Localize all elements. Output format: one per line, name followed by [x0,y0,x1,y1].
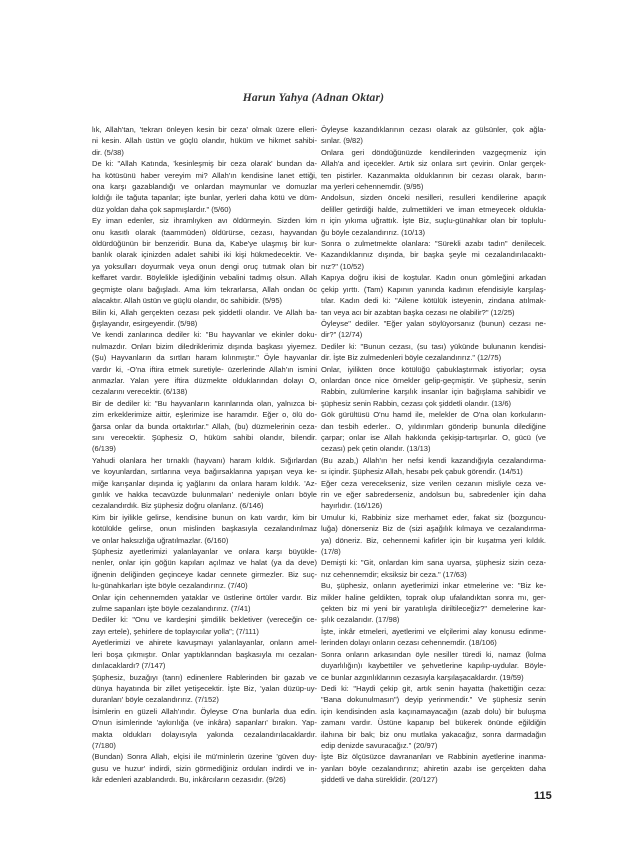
text-line: tılar. Kadın dedi ki: "Ailene kötülük is… [321,295,546,306]
text-line: ilahına bir bak; biz onu mutlaka yakacağ… [321,729,546,740]
text-line: Şüphesiz, buzağıyı (tanrı) edinenlere Ra… [92,672,317,683]
text-line: Onlar, iyilikten önce kötülüğü çabuklaşt… [321,364,546,375]
text-line: anmazlar. Yalan yere iftira düzmekte old… [92,375,317,386]
text-line: Demişti ki: "Git, onlardan kim sana uyar… [321,557,546,568]
text-line: ğışlayandır, esirgeyendir. (5/98) [92,318,317,329]
text-line: banlık olarak içinizden adalet sahibi ik… [92,249,317,260]
text-line: Andolsun, sizden önceki nesilleri, resul… [321,192,546,203]
text-line: onlardan önce nice örnekler gelip-geçmiş… [321,375,546,386]
text-line: Kazandıklarınız dışında, bir başka şeyle… [321,249,546,260]
text-line: şiddetli ve daha süreklidir. (20/127) [321,774,546,785]
text-line: cezası) pek çetin olandır. (13/13) [321,443,546,454]
text-line: ona karşı gazablandığı ve onlardan maymu… [92,181,317,192]
left-column: lık, Allah'tan, 'tekrarı önleyen kesin b… [92,124,317,786]
text-line: Öyleyse kazandıklarının cezası olarak az… [321,124,546,135]
text-line: mikler haline geldikten, toprak olup ufa… [321,592,546,603]
text-line: ğarsa onlar da bunda ortaktırlar." Allah… [92,421,317,432]
text-line: çekip yırttı. (Tam) Kapının yanında kadı… [321,284,546,295]
text-line: İsimlerin en güzeli Allah'ındır. Öyleyse… [92,706,317,717]
text-line: keffaret vardır. Böylelikle işlediğinin … [92,272,317,283]
text-line: cezalarını verecektir. (6/138) [92,386,317,397]
text-line: hayırlıdır. (16/126) [321,500,546,511]
text-line: dırılacaklardı? (7/147) [92,660,317,671]
text-line: çarpar; onlar ise Allah hakkında çekişip… [321,432,546,443]
text-line: zim erkeklerimize aittir, eşlerimize ise… [92,409,317,420]
text-line: dir. İşte Biz zulmedenleri böyle cezalan… [321,352,546,363]
text-line: düz yoldan daha çok sapmışlardır." (5/60… [92,204,317,215]
text-line: Bilin ki, Allah gerçekten cezası pek şid… [92,307,317,318]
text-line: leri boşa çıkmıştır. Onlar yaptıklarında… [92,649,317,660]
text-line: sı içindir. Şüphesiz Allah, hesabı pek ç… [321,466,546,477]
text-line: ğu böyle cezalandırırız. (10/13) [321,227,546,238]
text-line: "Bana dokunulmasın") deyip yerinmendir."… [321,694,546,705]
text-line: (Bu azab,) Allah'ın her nefsi kendi kaza… [321,455,546,466]
text-line: Ve kendi zanlarınca dediler ki: "Bu hayv… [92,329,317,340]
text-line: zamanı vardır. Üstüne kapanıp bel bükere… [321,717,546,728]
text-line: (17/8) [321,546,546,557]
text-line: Eğer ceza verecekseniz, size verilen cez… [321,478,546,489]
text-line: gınlık ve hakka tecavüzde bulunmaları' n… [92,489,317,500]
text-line: için kendisinden asla kaçınamayacağın (a… [321,706,546,717]
text-line: Dediler ki: "Onu ve kardeşini şimdilik b… [92,614,317,625]
text-line: zulme sapanları işte böyle cezalandırırı… [92,603,317,614]
text-line: (7/180) [92,740,317,751]
text-line: dan tesbih ederler.. O, yıldırımları gön… [321,421,546,432]
text-line: nız?" (10/52) [321,261,546,272]
text-line: sınlar. (9/82) [321,135,546,146]
text-line: çekten biz mi yeni bir yaratılışla diril… [321,603,546,614]
text-line: lık, Allah'tan, 'tekrarı önleyen kesin b… [92,124,317,135]
text-line: İşte, inkâr etmeleri, ayetlerimi ve elçi… [321,626,546,637]
text-line: ha kötüsünü haber vereyim mi? Allah'ın k… [92,170,317,181]
text-line: Şüphesiz ayetlerimizi yalanlayanlar ve o… [92,546,317,557]
text-line: Sonra onların arkasından öyle nesiller t… [321,649,546,660]
text-line: Onlar için cehennemden yataklar ve üstle… [92,592,317,603]
text-line: edip denizde savuracağız." (20/97) [321,740,546,751]
text-line: ce bunlar azgınlıklarının cezasıyla karş… [321,672,546,683]
text-line: Dedi ki: "Haydi çekip git, artık senin h… [321,683,546,694]
text-line: ya) döneriz. Biz, cehennemi kafirler içi… [321,535,546,546]
text-line: dir?" (12/74) [321,329,546,340]
text-line: Kapıya doğru ikisi de koştular. Kadın on… [321,272,546,283]
text-line: duranları' böyle cezalandırırız. (7/152) [92,694,317,705]
text-line: O'nun isimlerinde 'aykırılığa (ve inkâra… [92,717,317,728]
text-line: De ki: "Allah Katında, 'kesinleşmiş bir … [92,158,317,169]
running-header: Harun Yahya (Adnan Oktar) [0,92,627,104]
text-line: geçmişte olanı bağışladı. Ama kim tekrar… [92,284,317,295]
text-line: nulmazdır. Onları bizim diledriklerimiz … [92,341,317,352]
text-line: şüphesiz senin Rabbin, cezası çok şiddet… [321,398,546,409]
text-line: Onlara geri döndüğünüzde kendilerinden v… [321,147,546,158]
text-line: tan veya acı bir azabtan başka cezası ne… [321,307,546,318]
text-line: ma yerleri cehennemdir. (9/95) [321,181,546,192]
text-line: rin ve eğer sabrederseniz, andolsun bu, … [321,489,546,500]
text-line: Ey iman edenler, siz ihramlıyken avı öld… [92,215,317,226]
text-line: vardır ki, -O'na iftira etmek suretiyle-… [92,364,317,375]
text-line: rı için yıkıma uğrattık. İşte Biz, suçlu… [321,215,546,226]
text-line: Ayetlerimizi ve ahirete kavuşmayı yalanl… [92,637,317,648]
text-line: öldürdüğünün bir benzeridir. Buna da, Ka… [92,238,317,249]
text-line: şılık cezalarıdır. (17/98) [321,614,546,625]
text-line: Bir de dediler ki: "Bu hayvanların karın… [92,398,317,409]
text-line: makta oldukları dolayısıyla yakında ceza… [92,729,317,740]
text-line: kötülükle gelirse, onun mislinden başkas… [92,523,317,534]
text-line: Umulur ki, Rabbiniz size merhamet eder, … [321,512,546,523]
text-line: dünya hayatında bir zillet yetişecektir.… [92,683,317,694]
text-line: nenler, onlar için göğün kapıları açılma… [92,557,317,568]
text-line: gusu ve huzur' indirdi, sizin görmediğin… [92,763,317,774]
text-line: İşte Biz ölçüsüzce davrananları ve Rabbi… [321,751,546,762]
text-line: Kim bir iyilikle gelirse, kendisine bunu… [92,512,317,523]
text-line: kıldığı ile tağuta tapanlar; işte bunlar… [92,192,317,203]
text-line: iğnenin deliğinden geçinceye kadar cenne… [92,569,317,580]
text-line: (Şu) Hayvanların da sırtları haram kılın… [92,352,317,363]
text-line: luğa) dönerseniz Biz de (sizi aşağılık k… [321,523,546,534]
text-line: ni kesin. Allah üstün ve güçlü olandır, … [92,135,317,146]
text-line: Sonra o zulmetmekte olanlara: "Sürekli a… [321,238,546,249]
right-column: Öyleyse kazandıklarının cezası olarak az… [321,124,546,786]
text-line: lu-günahkarları işte böyle cezalandırırı… [92,580,317,591]
text-line: (6/139) [92,443,317,454]
text-line: cezalandırdık. Biz şüphesiz doğru olanla… [92,500,317,511]
text-line: Rabbin, zulümlerine karşılık insanlar iç… [321,386,546,397]
text-line: Yahudi olanlara her tırnaklı (hayvanı) h… [92,455,317,466]
text-line: Allah'a and içecekler. Artık siz onlara … [321,158,546,169]
text-line: lerinden dolayı onların cezası cehennemd… [321,637,546,648]
text-line: nız cehennemdir; eksiksiz bir ceza." (17… [321,569,546,580]
text-line: (Bundan) Sonra Allah, elçisi ile mü'minl… [92,751,317,762]
text-line: miğe karışanlar dışında iç yağlarını da … [92,478,317,489]
text-line: alacaktır. Allah üstün ve güçlü olandır,… [92,295,317,306]
text-line: Dediler ki: "Bunun cezası, (su tası) yük… [321,341,546,352]
text-line: duyarlılığın)ı kaybettiler ve şehvetleri… [321,660,546,671]
text-line: ve koyunlardan, sırtlarına veya bağırsak… [92,466,317,477]
text-line: kâr edenleri azablandırdı. Bu, inkârcıla… [92,774,317,785]
text-line: Öyleyse" dediler. "Eğer yalan söylüyorsa… [321,318,546,329]
text-line: deliller getirdiği halde, zulmettikleri … [321,204,546,215]
text-line: ten pistirler. Kazanmakta olduklarının b… [321,170,546,181]
text-line: ya yoksulları doyurmak veya onun dengi o… [92,261,317,272]
text-line: Bu, şüphesiz, onların ayetlerimizi inkar… [321,580,546,591]
text-line: sını verecektir. Şüphesiz O, hüküm sahib… [92,432,317,443]
text-line: dir. (5/38) [92,147,317,158]
text-line: Gök gürültüsü O'nu hamd ile, melekler de… [321,409,546,420]
text-line: onu kasıtlı olarak (taammüden) öldürürse… [92,227,317,238]
text-line: yanları böyle cezalandırırız; ahiretin a… [321,763,546,774]
text-line: zayı ertele), şehirlere de toplayıcılar … [92,626,317,637]
page-number: 115 [534,790,552,802]
text-line: ve onlar haksızlığa uğratılmazlar. (6/16… [92,535,317,546]
